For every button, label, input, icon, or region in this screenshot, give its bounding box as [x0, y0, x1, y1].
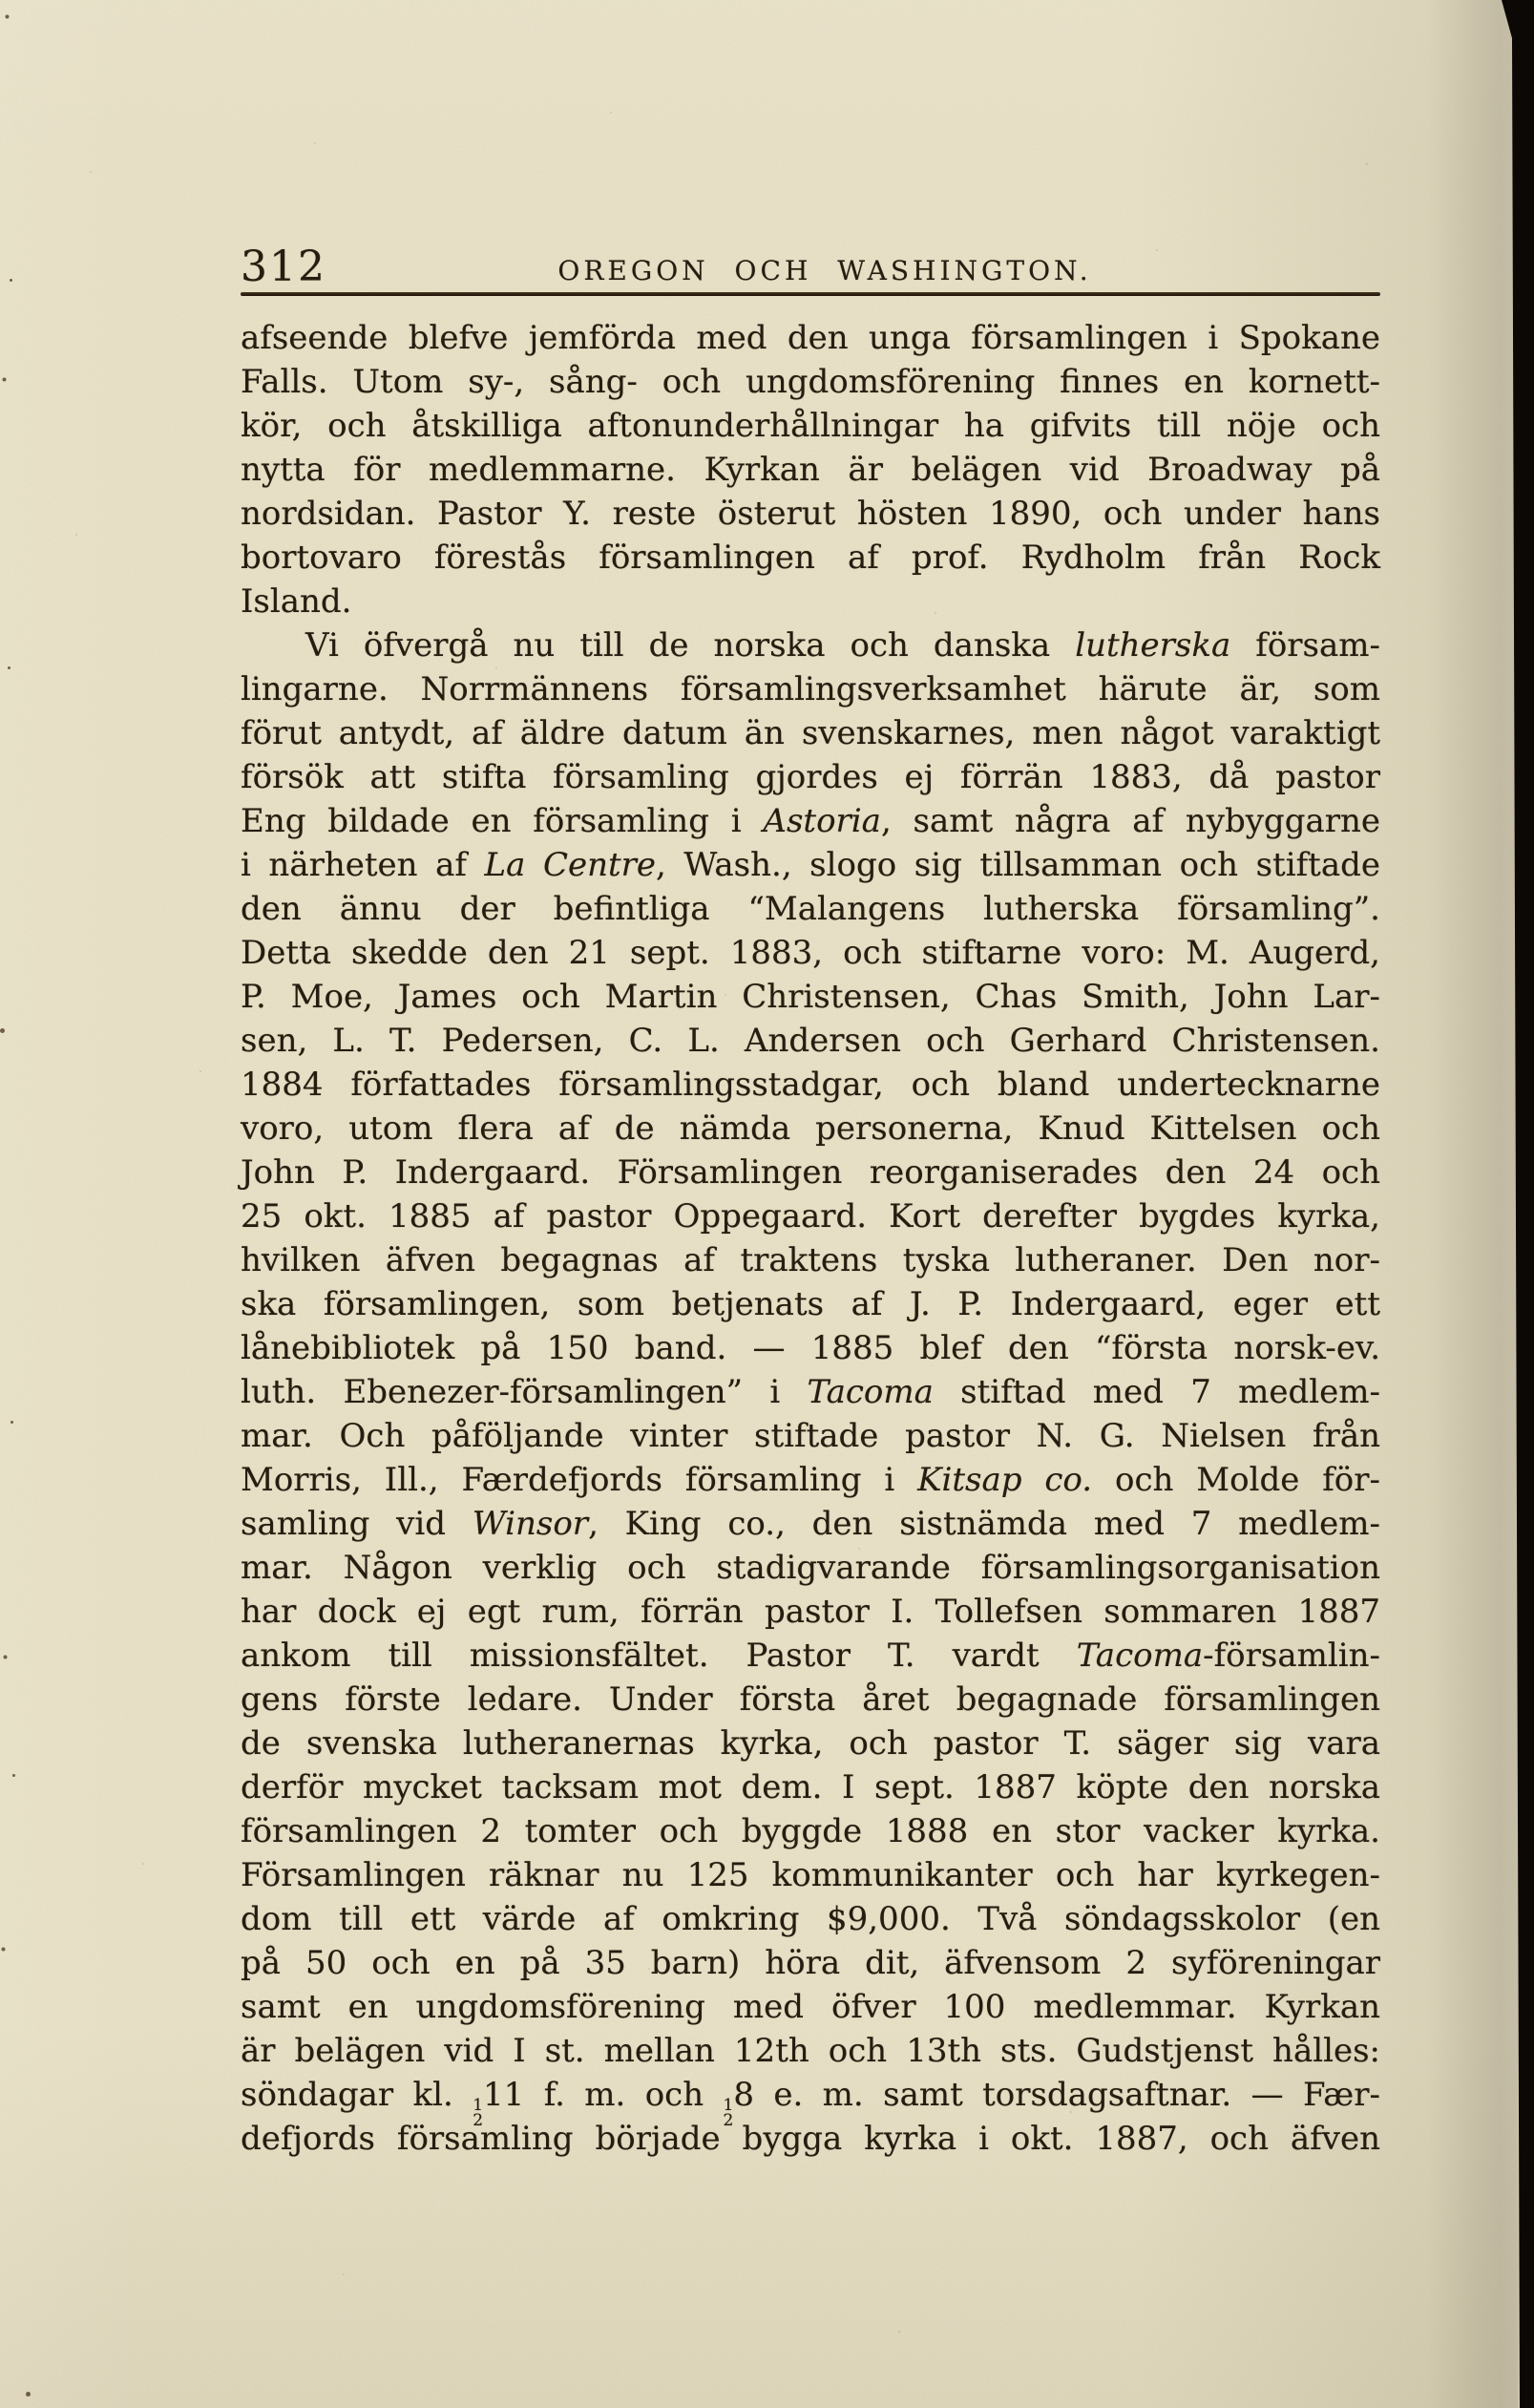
text-line: är belägen vid I st. mellan 12th och 13t… [241, 2029, 1380, 2073]
text-line: dom till ett värde af omkring $9,000. Tv… [241, 1897, 1380, 1941]
text-line: församlingen 2 tomter och byggde 1888 en… [241, 1809, 1380, 1853]
text-line: den ännu der befintliga “Malangens luthe… [241, 887, 1380, 931]
text-line: Vi öfvergå nu till de norska och danska … [241, 623, 1380, 667]
text-line: nordsidan. Pastor Y. reste österut höste… [241, 492, 1380, 536]
text-line: Island. [241, 580, 1380, 623]
text-line: ankom till missionsfältet. Pastor T. var… [241, 1634, 1380, 1678]
text-line: nytta för medlemmarne. Kyrkan är belägen… [241, 448, 1380, 492]
text-line: mar. Och påföljande vinter stiftade past… [241, 1414, 1380, 1458]
header-rule [241, 292, 1380, 296]
text-line: Detta skedde den 21 sept. 1883, och stif… [241, 931, 1380, 975]
book-page: 312 OREGON OCH WASHINGTON. afseende blef… [0, 0, 1534, 2408]
text-line: söndagar kl. 1211 f. m. och 128 e. m. sa… [241, 2073, 1380, 2117]
text-line: på 50 och en på 35 barn) höra dit, äfven… [241, 1941, 1380, 1985]
text-line: Morris, Ill., Færdefjords församling i K… [241, 1458, 1380, 1502]
text-line: samt en ungdomsförening med öfver 100 me… [241, 1985, 1380, 2029]
text-line: förut antydt, af äldre datum än svenskar… [241, 711, 1380, 755]
text-line: lånebibliotek på 150 band. — 1885 blef d… [241, 1326, 1380, 1370]
text-line: 25 okt. 1885 af pastor Oppegaard. Kort d… [241, 1194, 1380, 1238]
text-line: defjords församling började bygga kyrka … [241, 2117, 1380, 2161]
text-line: kör, och åtskilliga aftonunderhållningar… [241, 404, 1380, 448]
page-header: 312 OREGON OCH WASHINGTON. [241, 235, 1380, 288]
text-line: Eng bildade en församling i Astoria, sam… [241, 799, 1380, 843]
text-line: Församlingen räknar nu 125 kommunikanter… [241, 1853, 1380, 1897]
text-line: derför mycket tacksam mot dem. I sept. 1… [241, 1765, 1380, 1809]
text-line: ska församlingen, som betjenats af J. P.… [241, 1282, 1380, 1326]
text-line: P. Moe, James och Martin Christensen, Ch… [241, 975, 1380, 1019]
page-edge-shading [1427, 0, 1518, 2408]
text-line: hvilken äfven begagnas af traktens tyska… [241, 1238, 1380, 1282]
text-block: afseende blefve jemförda med den unga fö… [241, 316, 1380, 2161]
text-line: afseende blefve jemförda med den unga fö… [241, 316, 1380, 360]
text-line: försök att stifta församling gjordes ej … [241, 755, 1380, 799]
text-line: lingarne. Norrmännens församlingsverksam… [241, 667, 1380, 711]
text-line: gens förste ledare. Under första året be… [241, 1678, 1380, 1722]
text-line: mar. Någon verklig och stadigvarande för… [241, 1546, 1380, 1590]
text-line: bortovaro förestås församlingen af prof.… [241, 536, 1380, 580]
running-title: OREGON OCH WASHINGTON. [241, 258, 1380, 285]
text-line: Falls. Utom sy-, sång- och ungdomsföreni… [241, 360, 1380, 404]
text-line: luth. Ebenezer-församlingen” i Tacoma st… [241, 1370, 1380, 1414]
text-line: John P. Indergaard. Församlingen reorgan… [241, 1151, 1380, 1194]
text-line: 1884 författades församlingsstadgar, och… [241, 1063, 1380, 1107]
text-line: voro, utom flera af de nämda personerna,… [241, 1107, 1380, 1151]
text-line: sen, L. T. Pedersen, C. L. Andersen och … [241, 1019, 1380, 1063]
text-line: har dock ej egt rum, förrän pastor I. To… [241, 1590, 1380, 1634]
scan-speck-artifacts [0, 0, 3, 3]
text-line: samling vid Winsor, King co., den sistnä… [241, 1502, 1380, 1546]
text-line: de svenska lutheranernas kyrka, och past… [241, 1722, 1380, 1765]
text-line: i närheten af La Centre, Wash., slogo si… [241, 843, 1380, 887]
